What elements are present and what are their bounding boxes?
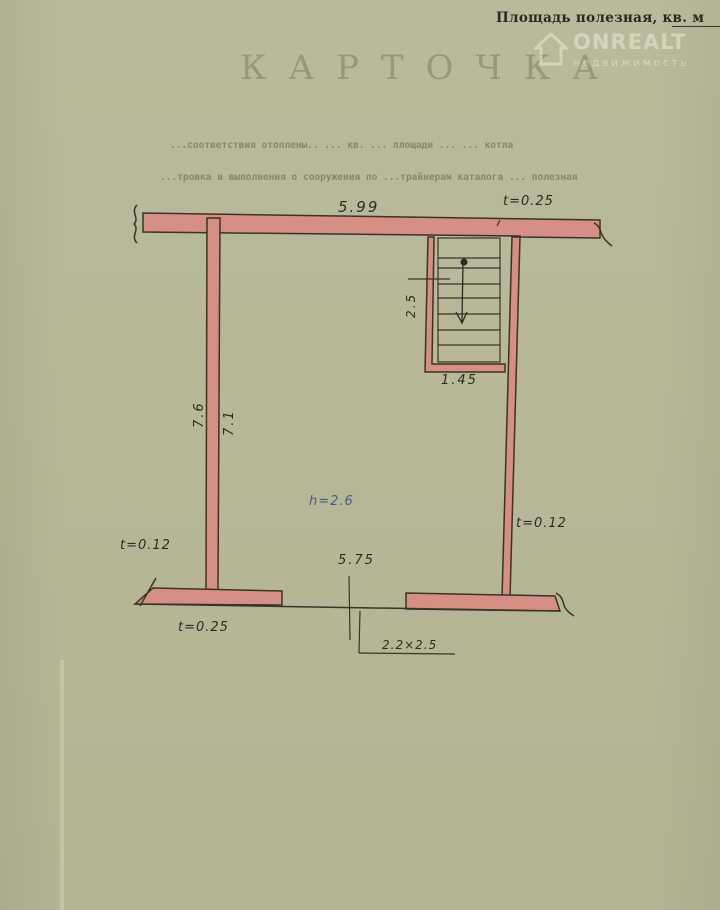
dim-door-opening: 2.2×2.5 — [382, 638, 437, 652]
dim-bottom-wall-thickness: t=0.25 — [178, 620, 229, 635]
dim-left-wall-thickness: t=0.12 — [120, 538, 171, 553]
dim-top-wall-thickness: t=0.25 — [503, 194, 554, 209]
dim-bottom-length: 5.75 — [338, 553, 375, 568]
floor-plan-drawing — [0, 0, 720, 910]
dimension-lines — [349, 220, 500, 654]
dim-stair-width: 1.45 — [441, 373, 478, 388]
room-height-label: h=2.6 — [309, 494, 354, 509]
dim-right-wall-thickness: t=0.12 — [516, 516, 567, 531]
dim-stair-height: 2.5 — [404, 293, 418, 318]
staircase — [408, 238, 500, 362]
dim-left-inner-length: 7.1 — [222, 409, 237, 436]
dim-top-length: 5.99 — [338, 198, 379, 216]
dim-left-outer-length: 7.6 — [192, 401, 207, 428]
